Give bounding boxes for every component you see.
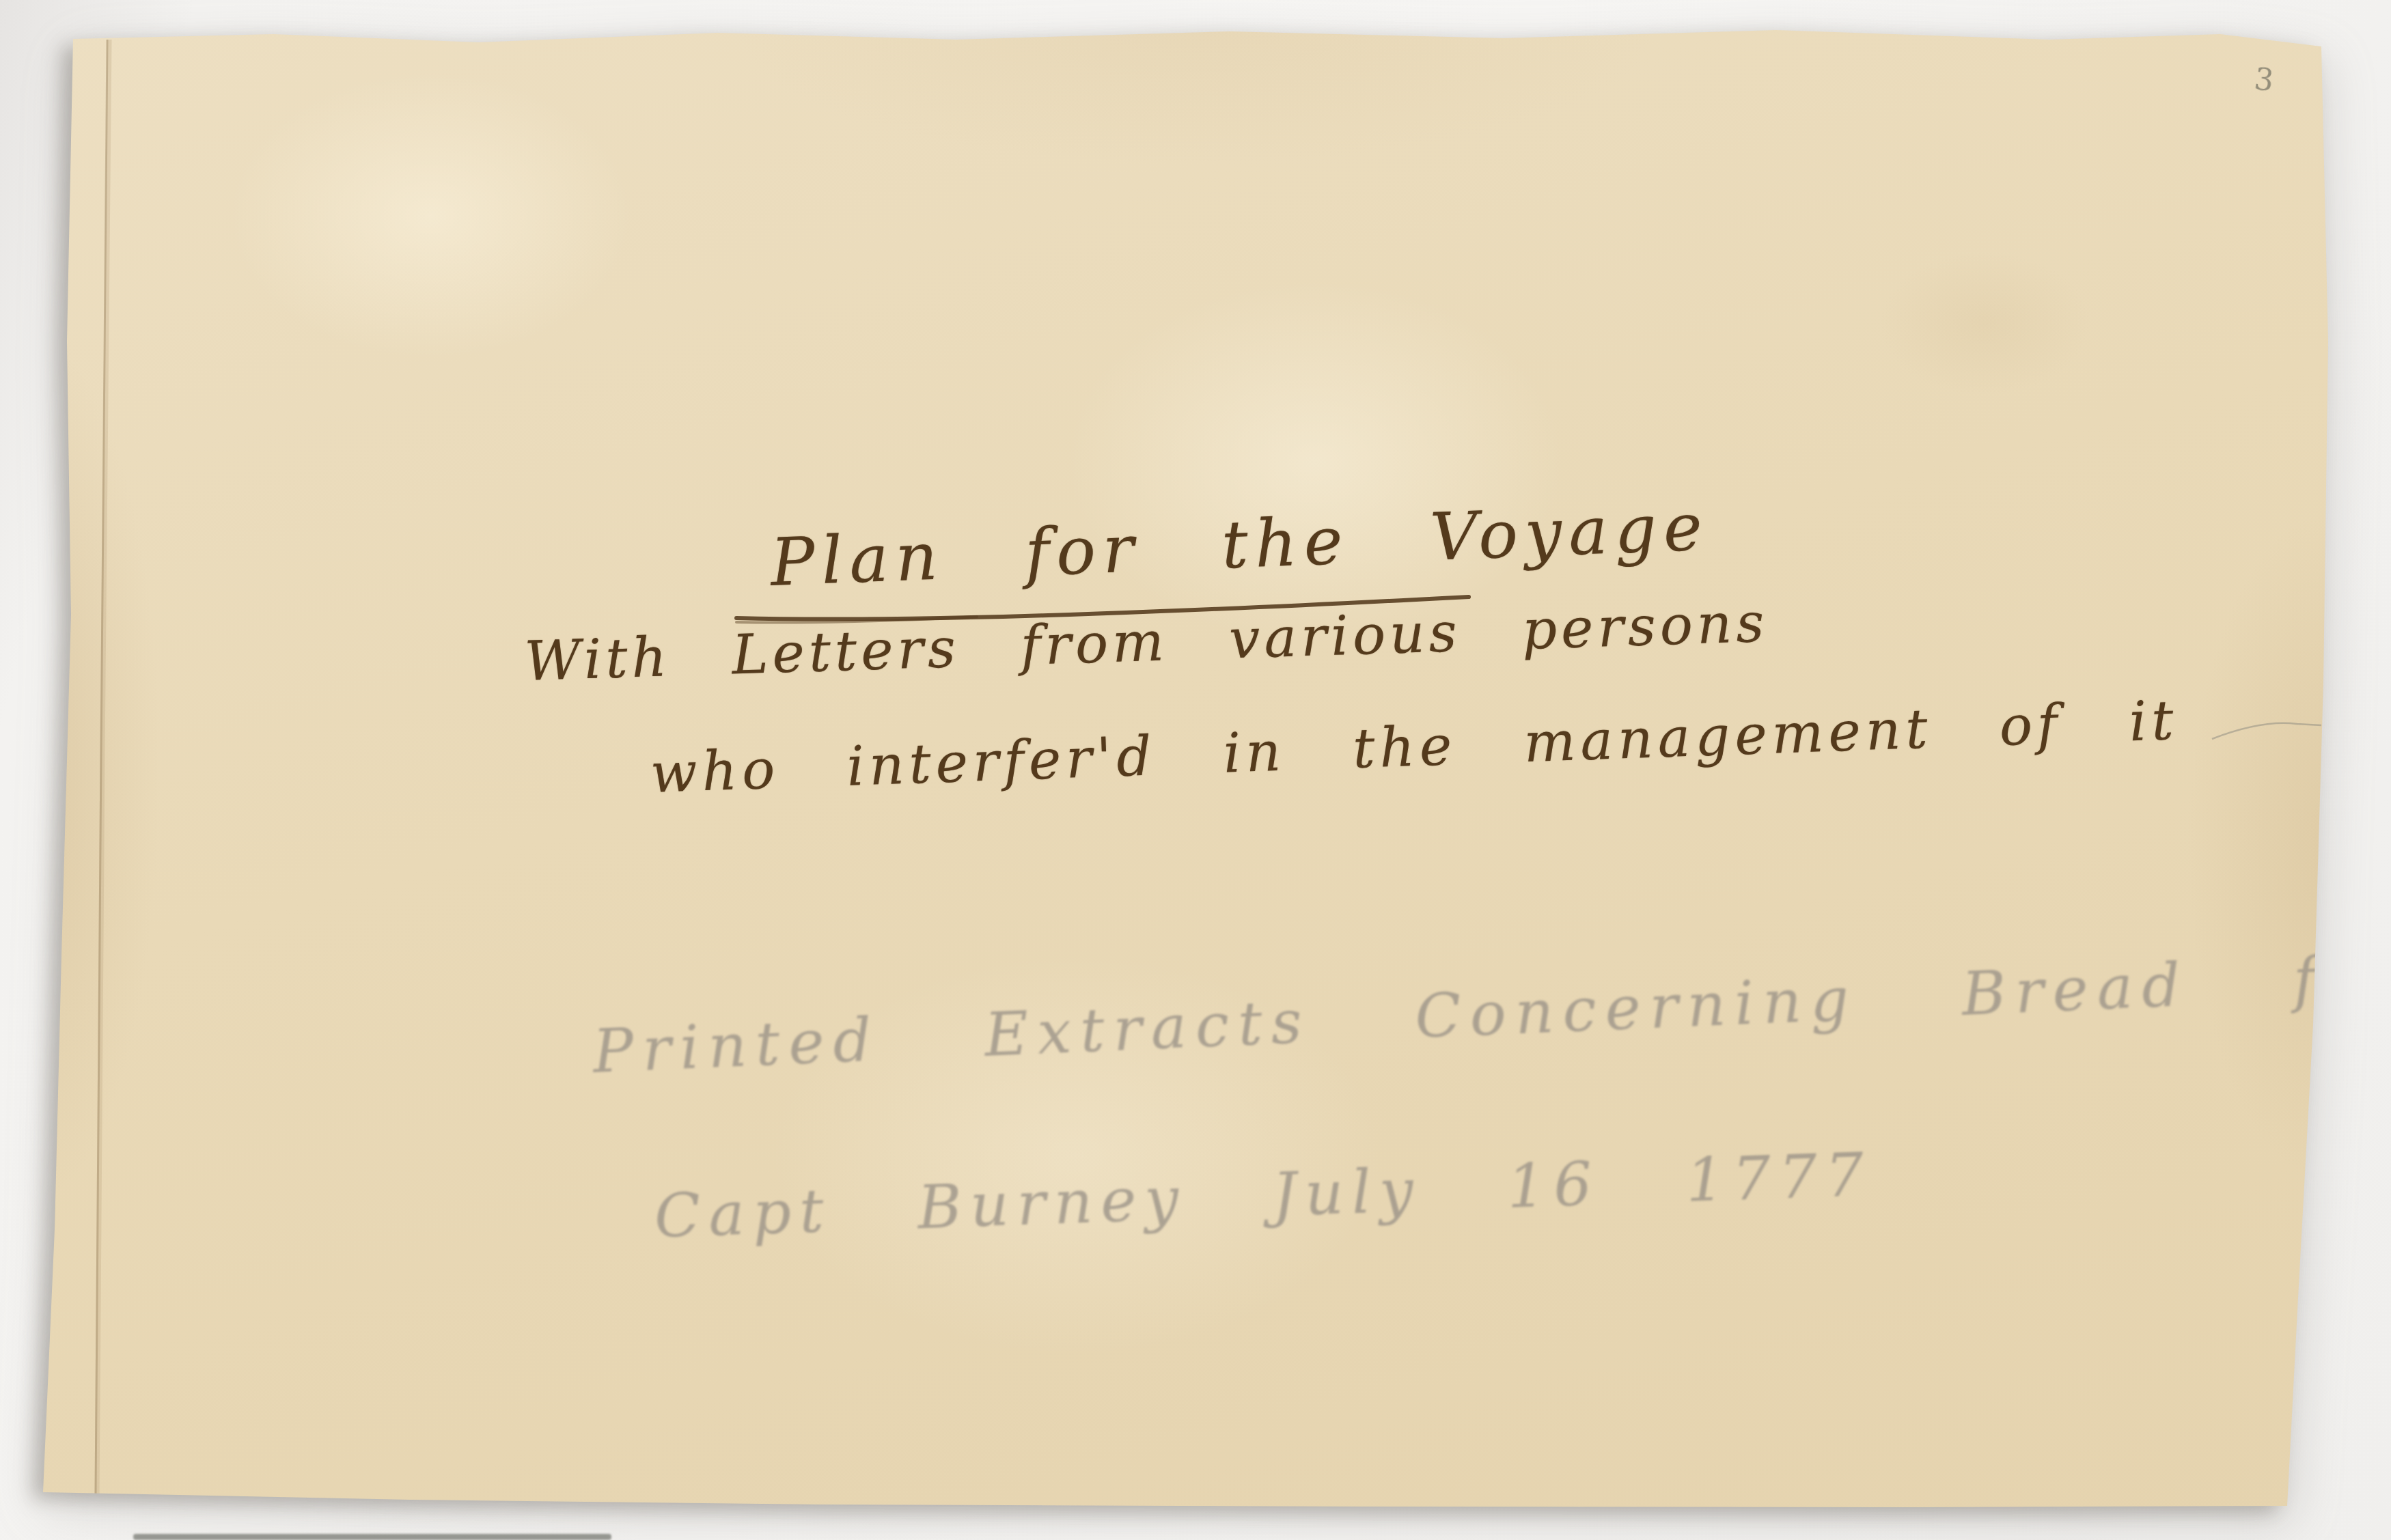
paper-sheet: Plan for the Voyage With Letters from va… — [0, 0, 2391, 1540]
manuscript-page: Plan for the Voyage With Letters from va… — [0, 0, 2391, 1540]
pencil-note-line-2: Capt Burney July 16 1777 — [653, 1139, 1873, 1252]
adjacent-item-edge — [133, 1534, 611, 1540]
subtitle-line-1: With Letters from various persons — [524, 591, 1769, 693]
pencil-note-line-1: Printed Extracts Concerning Bread fruit — [592, 938, 2391, 1087]
subtitle-line-2: who interfer'd in the management of it — [649, 688, 2179, 805]
page-number: 3 — [2252, 61, 2276, 98]
left-fold-crease-soft — [97, 40, 109, 1496]
left-fold-crease — [96, 40, 107, 1494]
right-edge-crease — [2212, 723, 2321, 739]
title-line: Plan for the Voyage — [769, 488, 1711, 601]
photo-background: Plan for the Voyage With Letters from va… — [0, 0, 2391, 1540]
